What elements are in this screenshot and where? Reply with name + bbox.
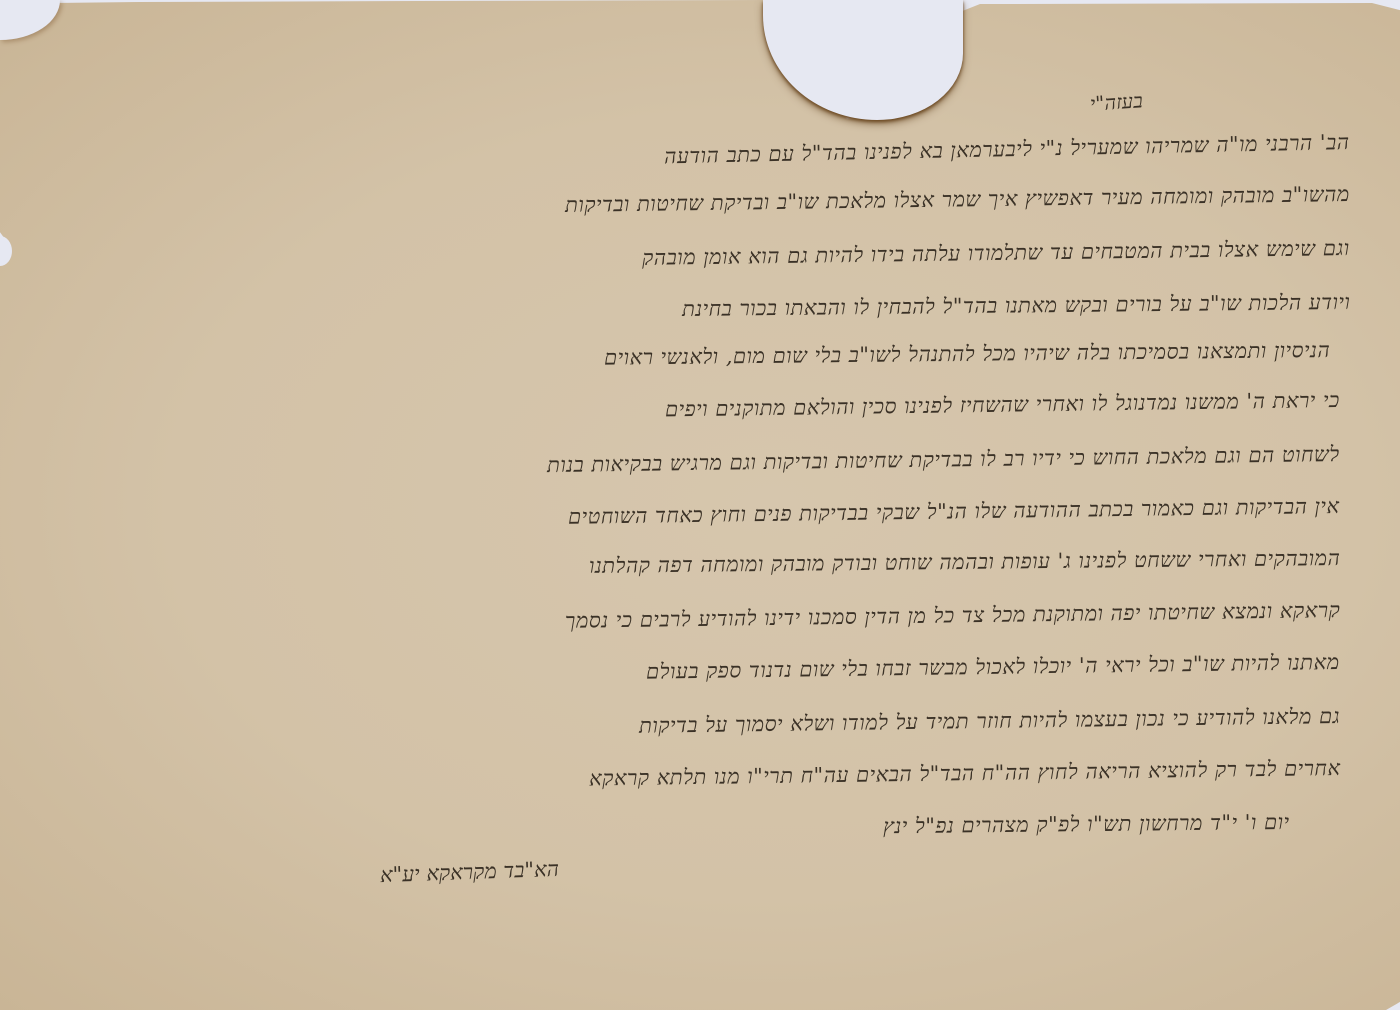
letter-header-bezrat-hashem: בעזה"י [1089,88,1143,117]
document-stage: בעזה"י הב' הרבני מו"ה שמריהו שמעריל נ"י … [0,0,1400,1010]
letter-line-14: יום ו' י"ד מרחשון תש"ו לפ"ק מצהרים נפ"ל … [883,810,1290,839]
